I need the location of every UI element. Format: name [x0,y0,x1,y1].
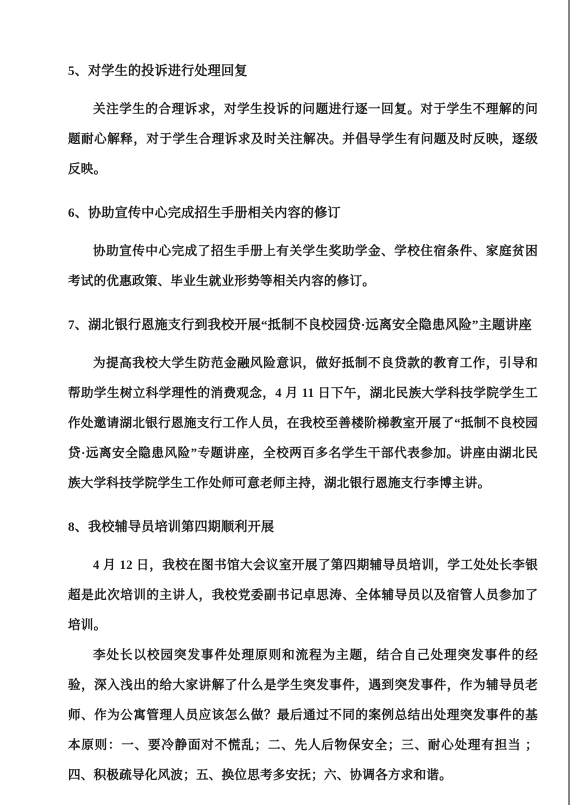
section-6-heading: 6、协助宣传中心完成招生手册相关内容的修订 [68,198,538,228]
document-content: 5、对学生的投诉进行处理回复 关注学生的合理诉求，对学生投诉的问题进行逐一回复。… [68,56,538,790]
section-5-paragraph: 关注学生的合理诉求，对学生投诉的问题进行逐一回复。对于学生不理解的问题耐心解释，… [68,94,538,184]
section-5-heading: 5、对学生的投诉进行处理回复 [68,56,538,86]
section-7-paragraph: 为提高我校大学生防范金融风险意识，做好抵制不良贷款的教育工作，引导和帮助学生树立… [68,348,538,498]
section-6-paragraph: 协助宣传中心完成了招生手册上有关学生奖助学金、学校住宿条件、家庭贫困考试的优惠政… [68,236,538,296]
document-page: 5、对学生的投诉进行处理回复 关注学生的合理诉求，对学生投诉的问题进行逐一回复。… [0,0,578,805]
page-right-edge-line [568,0,570,805]
section-8-paragraph-1: 4 月 12 日，我校在图书馆大会议室开展了第四期辅导员培训，学工处处长李银超是… [68,550,538,640]
section-7-heading: 7、湖北银行恩施支行到我校开展“抵制不良校园贷·远离安全隐患风险”主题讲座 [68,310,538,340]
section-8-heading: 8、我校辅导员培训第四期顺利开展 [68,512,538,542]
section-8-paragraph-2: 李处长以校园突发事件处理原则和流程为主题，结合自己处理突发事件的经验，深入浅出的… [68,640,538,790]
